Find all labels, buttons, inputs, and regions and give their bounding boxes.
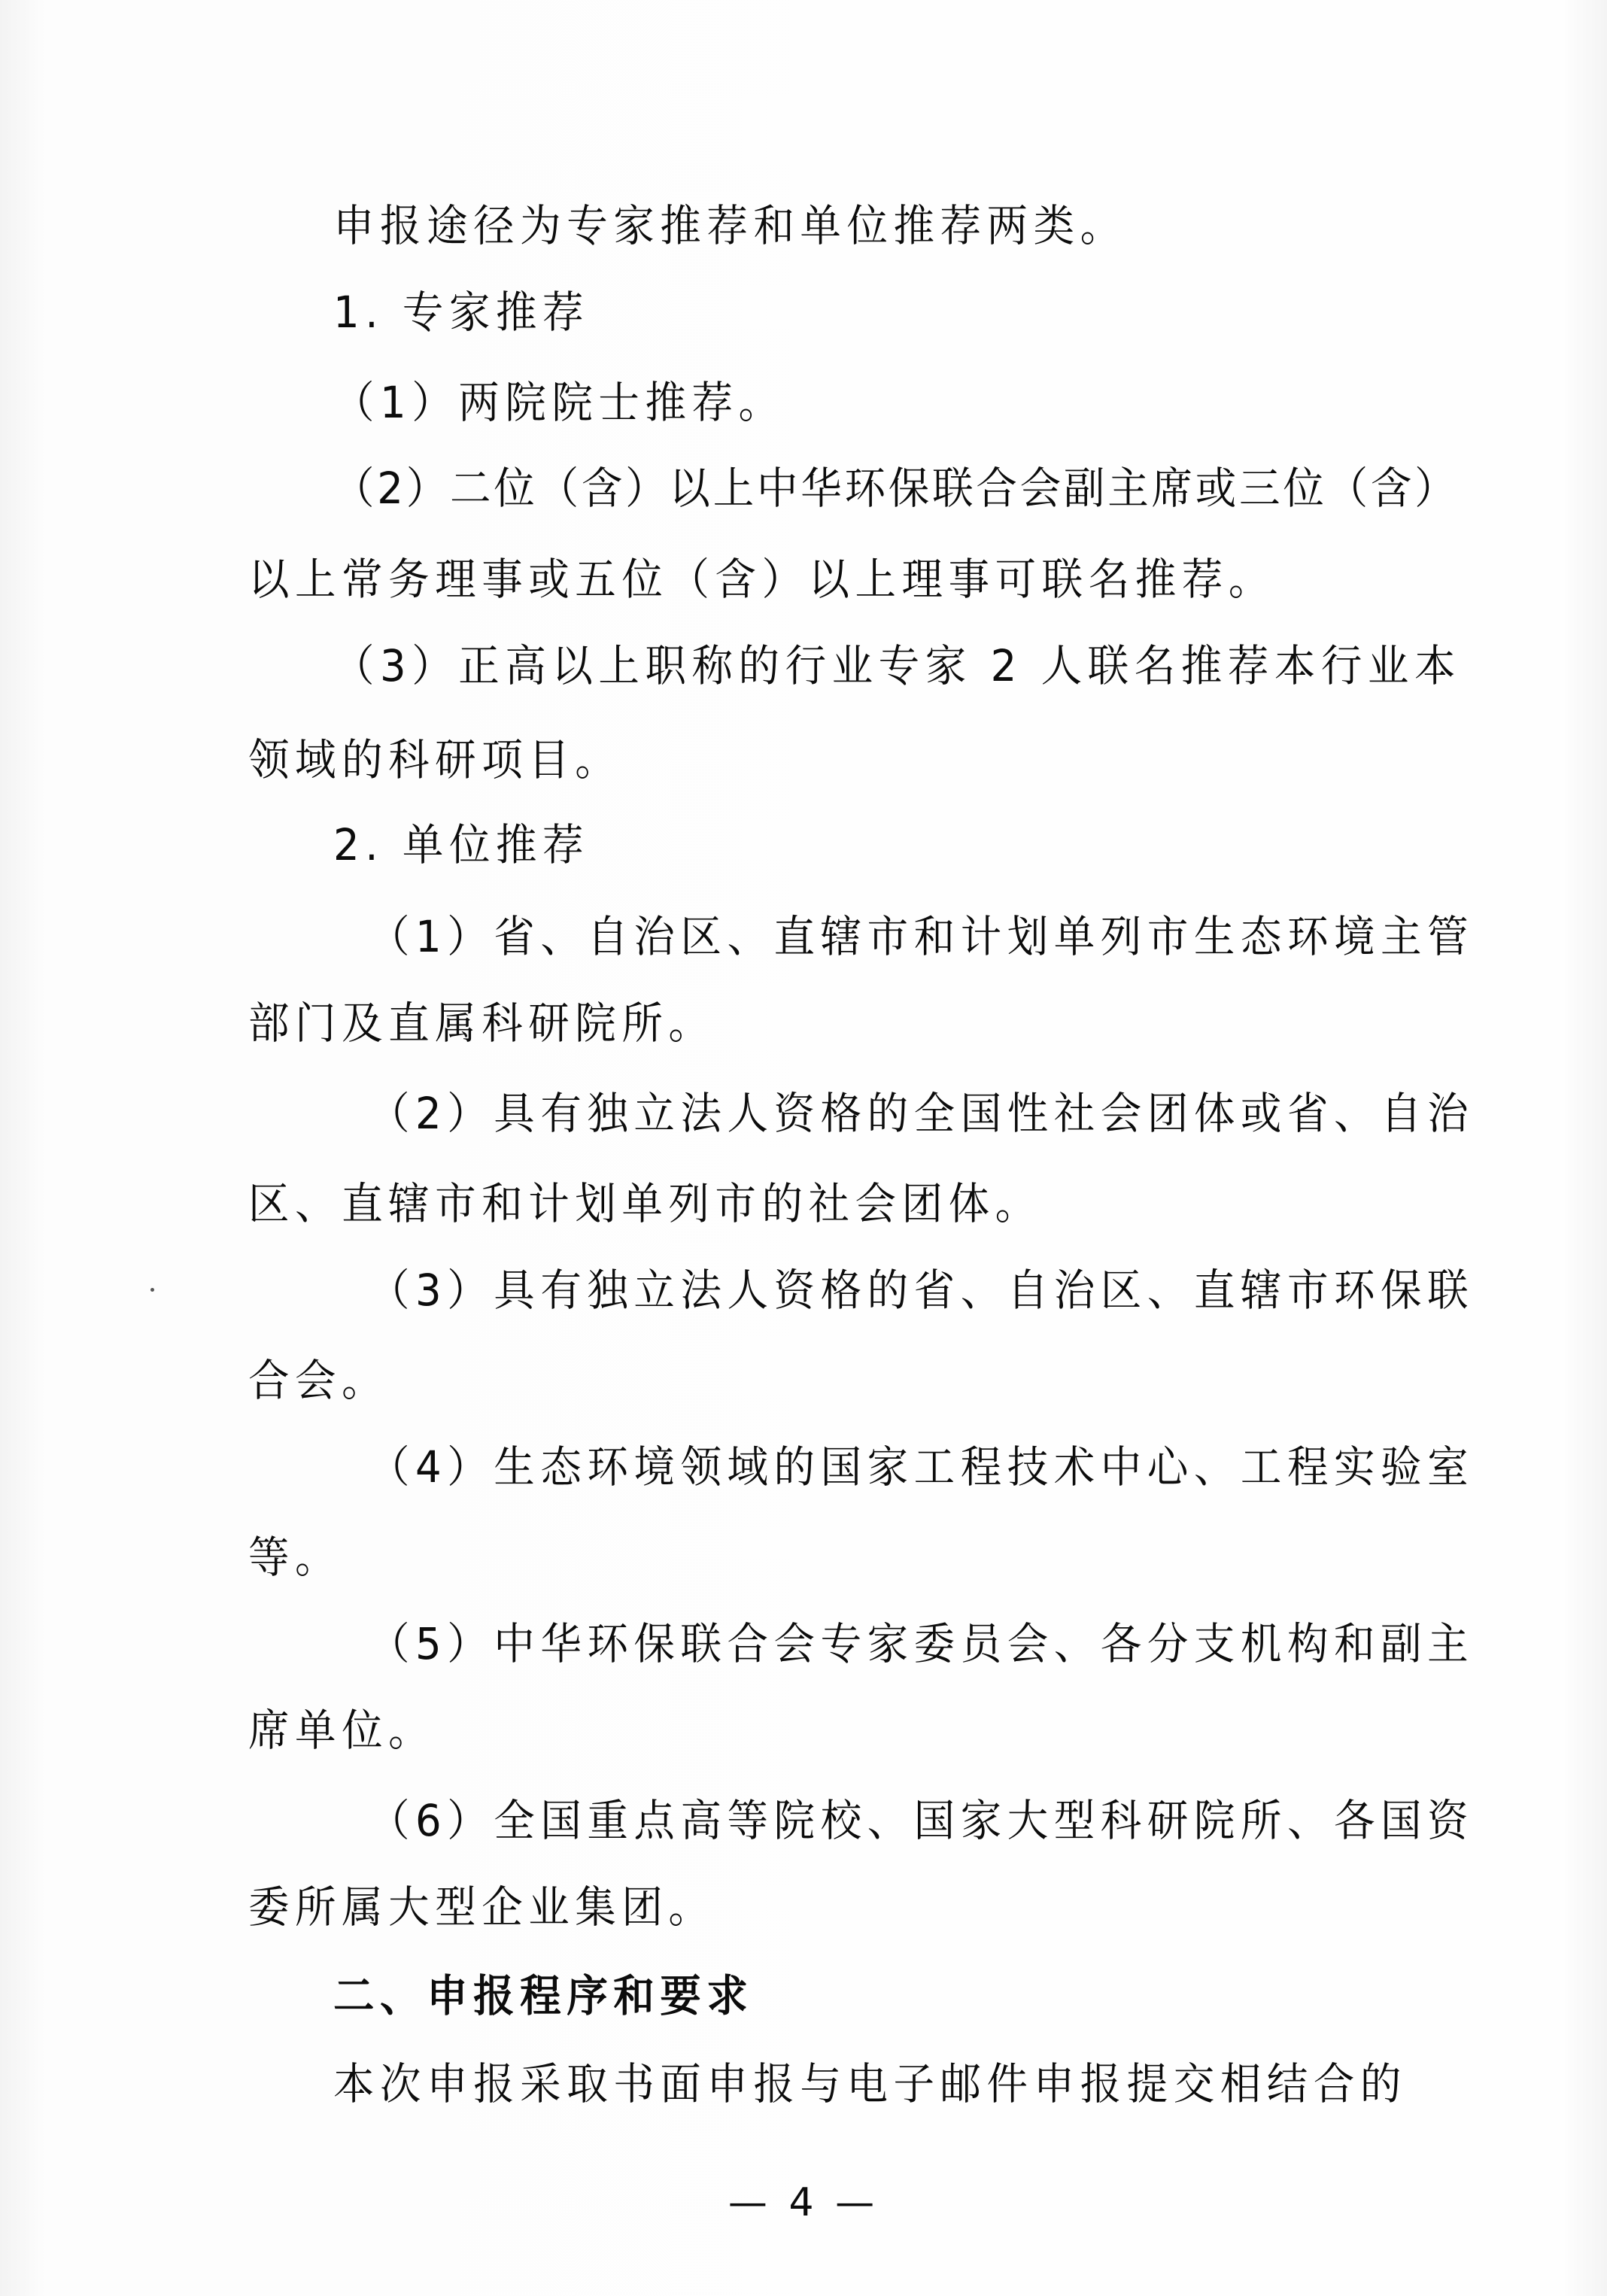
expert-item-3-line-1: （3）正高以上职称的行业专家 2 人联名推荐本行业本 — [333, 639, 1461, 692]
unit-item-6-line-2: 委所属大型企业集团。 — [248, 1881, 715, 1933]
unit-item-1-line-1: （1）省、自治区、直辖市和计划单列市生态环境主管 — [369, 910, 1474, 963]
part-two-body-line-1: 本次申报采取书面申报与电子邮件申报提交相结合的 — [333, 2058, 1407, 2110]
unit-item-5-line-1: （5）中华环保联合会专家委员会、各分支机构和副主 — [369, 1617, 1474, 1670]
scan-speck — [150, 1288, 154, 1292]
unit-item-3-line-1: （3）具有独立法人资格的省、自治区、直辖市环保联 — [369, 1264, 1474, 1317]
unit-item-6-line-1: （6）全国重点高等院校、国家大型科研院所、各国资 — [369, 1794, 1474, 1847]
expert-item-2-line-2: 以上常务理事或五位（含）以上理事可联名推荐。 — [248, 553, 1275, 606]
unit-item-4-line-1: （4）生态环境领域的国家工程技术中心、工程实验室 — [369, 1441, 1474, 1493]
expert-item-2-line-1: （2）二位（含）以上中华环保联合会副主席或三位（含） — [333, 462, 1458, 515]
section-unit-recommendation-heading: 2. 单位推荐 — [333, 818, 589, 871]
expert-item-3-line-2: 领域的科研项目。 — [248, 733, 621, 786]
unit-item-4-line-2: 等。 — [248, 1531, 342, 1584]
unit-item-3-line-2: 合会。 — [248, 1354, 388, 1407]
unit-item-5-line-2: 席单位。 — [248, 1704, 435, 1757]
part-two-heading: 二、申报程序和要求 — [333, 1970, 753, 2022]
section-expert-recommendation-heading: 1. 专家推荐 — [333, 286, 589, 339]
unit-item-1-line-2: 部门及直属科研院所。 — [248, 997, 715, 1049]
unit-item-2-line-2: 区、直辖市和计划单列市的社会团体。 — [248, 1177, 1042, 1230]
unit-item-2-line-1: （2）具有独立法人资格的全国性社会团体或省、自治 — [369, 1087, 1474, 1140]
document-page: 申报途径为专家推荐和单位推荐两类。 1. 专家推荐 （1）两院院士推荐。 （2）… — [0, 0, 1607, 2296]
page-number: — 4 — — [0, 2180, 1607, 2225]
expert-item-1: （1）两院院士推荐。 — [333, 376, 785, 429]
intro-text: 申报途径为专家推荐和单位推荐两类。 — [333, 199, 1127, 252]
